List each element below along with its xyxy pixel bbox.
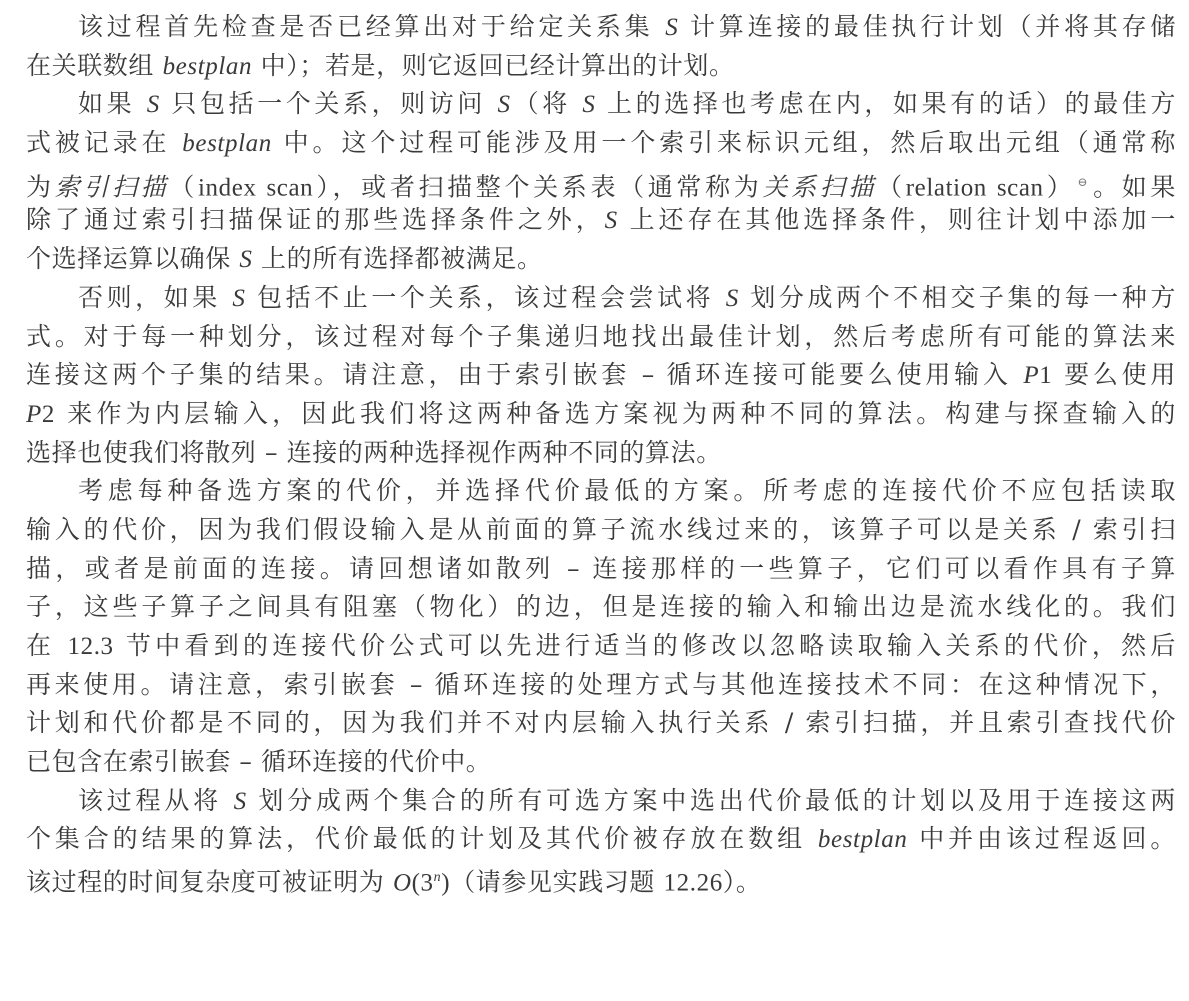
roman-text: 12.3 [68,633,114,660]
text-line: 考虑每种备选方案的代价，并选择代价最低的方案。所考虑的连接代价不应包括读取 [26,472,1176,511]
italic-term: O [393,869,412,896]
text-line: P2 来作为内层输入，因此我们将这两种备选方案视为两种不同的算法。构建与探查输入… [26,395,1176,434]
italic-term: S [498,91,511,118]
roman-text: 2 [42,401,55,428]
text-line: 该过程从将 S 划分成两个集合的所有可选方案中选出代价最低的计划以及用于连接这两 [26,782,1176,821]
paragraph: 考虑每种备选方案的代价，并选择代价最低的方案。所考虑的连接代价不应包括读取输入的… [26,472,1176,782]
text-line: 个选择运算以确保 S 上的所有选择都被满足。 [26,240,1176,279]
paragraph: 如果 S 只包括一个关系，则访问 S（将 S 上的选择也考虑在内，如果有的话）的… [26,85,1176,278]
roman-text: relation scan [906,174,1044,201]
document-page: 该过程首先检查是否已经算出对于给定关系集 S 计算连接的最佳执行计划（并将其存储… [26,8,1176,898]
text-line: 否则，如果 S 包括不止一个关系，该过程会尝试将 S 划分成两个不相交子集的每一… [26,279,1176,318]
text-line: 描，或者是前面的连接。请回想诸如散列 – 连接那样的一些算子，它们可以看作具有子… [26,550,1176,589]
paragraph: 该过程从将 S 划分成两个集合的所有可选方案中选出代价最低的计划以及用于连接这两… [26,782,1176,898]
roman-text: ) [441,869,450,896]
text-line: 再来使用。请注意，索引嵌套 – 循环连接的处理方式与其他连接技术不同：在这种情况… [26,666,1176,705]
text-line: 为索引扫描（index scan），或者扫描整个关系表（通常称为关系扫描（rel… [26,163,1176,202]
italic-term: S [239,246,252,273]
text-line: 式被记录在 bestplan 中。这个过程可能涉及用一个索引来标识元组，然后取出… [26,124,1176,163]
text-line: 计划和代价都是不同的，因为我们并不对内层输入执行关系 / 索引扫描，并且索引查找… [26,704,1176,743]
text-line: 选择也使我们将散列 – 连接的两种选择视作两种不同的算法。 [26,434,1176,473]
italic-term: S [232,285,245,312]
text-line: 该过程的时间复杂度可被证明为 O(3n)（请参见实践习题 12.26）。 [26,859,1176,898]
footnote-marker-icon[interactable]: ⊖ [1077,175,1088,189]
italic-term: S [147,91,160,118]
italic-term: P [26,401,42,428]
italic-term: S [234,788,247,815]
text-line: 个集合的结果的算法，代价最低的计划及其代价被存放在数组 bestplan 中并由… [26,820,1176,859]
italic-term: S [665,14,678,41]
italic-term: S [582,91,595,118]
text-line: 在关联数组 bestplan 中）；若是，则它返回已经计算出的计划。 [26,47,1176,86]
italic-term: bestplan [182,130,272,157]
text-line: 输入的代价，因为我们假设输入是从前面的算子流水线过来的，该算子可以是关系 / 索… [26,511,1176,550]
roman-text: index scan [198,174,313,201]
paragraph: 该过程首先检查是否已经算出对于给定关系集 S 计算连接的最佳执行计划（并将其存储… [26,8,1176,85]
roman-text: 12.26 [664,869,723,896]
paragraph: 否则，如果 S 包括不止一个关系，该过程会尝试将 S 划分成两个不相交子集的每一… [26,279,1176,472]
cut-off-line: …… [26,987,1189,1001]
text-line: 式。对于每一种划分，该过程对每个子集递归地找出最佳计划，然后考虑所有可能的算法来 [26,318,1176,357]
italic-term: S [605,207,618,234]
italic-term: P [1023,362,1039,389]
key-term: 索引扫描 [55,172,170,201]
text-line: 子，这些子算子之间具有阻塞（物化）的边，但是连接的输入和输出边是流水线化的。我们 [26,588,1176,627]
text-line: 在 12.3 节中看到的连接代价公式可以先进行适当的修改以忽略读取输入关系的代价… [26,627,1176,666]
key-term: 关系扫描 [762,172,877,201]
text-line: 已包含在索引嵌套 – 循环连接的代价中。 [26,743,1176,782]
text-line: 如果 S 只包括一个关系，则访问 S（将 S 上的选择也考虑在内，如果有的话）的… [26,85,1176,124]
text-line: 该过程首先检查是否已经算出对于给定关系集 S 计算连接的最佳执行计划（并将其存储 [26,8,1176,47]
roman-text: (3 [412,869,434,896]
text-line: 连接这两个子集的结果。请注意，由于索引嵌套 – 循环连接可能要么使用输入 P1 … [26,356,1176,395]
italic-term: S [726,285,739,312]
text-line: 除了通过索引扫描保证的那些选择条件之外，S 上还存在其他选择条件，则往计划中添加… [26,201,1176,240]
roman-text: 1 [1039,362,1052,389]
italic-term: bestplan [163,53,253,80]
italic-term: bestplan [818,826,908,853]
